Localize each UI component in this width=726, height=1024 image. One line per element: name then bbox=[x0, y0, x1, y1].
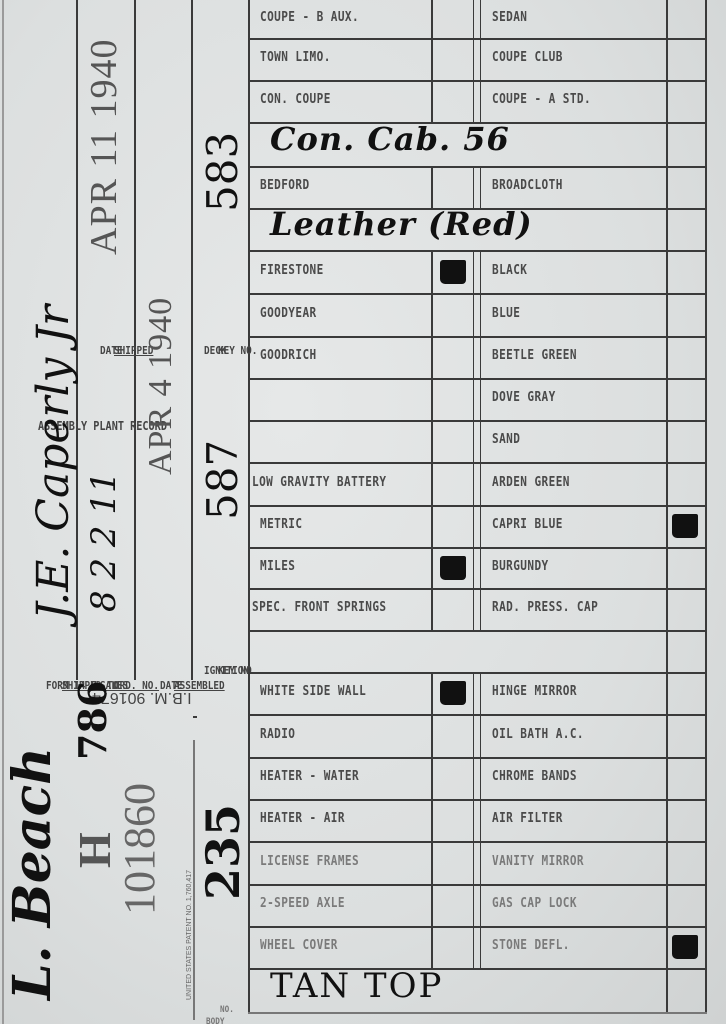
row-divider bbox=[248, 799, 707, 801]
right-option-checkbox[interactable] bbox=[668, 40, 704, 78]
option-label: OIL BATH A.C. bbox=[492, 727, 584, 742]
check-mark bbox=[672, 514, 698, 538]
ignition-key-label-2: KEY NO. bbox=[218, 665, 257, 677]
option-label: COUPE - A STD. bbox=[492, 92, 591, 107]
right-option-checkbox[interactable] bbox=[668, 295, 704, 334]
option-label: METRIC bbox=[260, 517, 302, 532]
row-divider bbox=[248, 926, 707, 928]
check-column-divider bbox=[473, 0, 474, 38]
right-option-checkbox[interactable] bbox=[668, 2, 704, 36]
option-label: DOVE GRAY bbox=[492, 390, 556, 405]
option-label: GAS CAP LOCK bbox=[492, 896, 577, 911]
option-label: HEATER - WATER bbox=[260, 769, 359, 784]
option-label: SAND bbox=[492, 432, 520, 447]
option-label: RADIO bbox=[260, 727, 295, 742]
row-divider bbox=[248, 293, 707, 295]
right-option-checkbox[interactable] bbox=[668, 549, 704, 586]
option-label: BEETLE GREEN bbox=[492, 348, 577, 363]
handwritten-entry: Con. Cab. 56 bbox=[270, 120, 510, 158]
option-label: BURGUNDY bbox=[492, 559, 549, 574]
deck-key-value: 583 bbox=[198, 132, 247, 212]
handwritten-entry: Leather (Red) bbox=[270, 205, 533, 243]
column-divider bbox=[134, 0, 136, 680]
right-option-checkbox[interactable] bbox=[668, 716, 704, 755]
option-label: WHEEL COVER bbox=[260, 938, 338, 953]
check-mark bbox=[672, 935, 698, 959]
check-column-divider bbox=[473, 884, 474, 926]
column-divider bbox=[480, 841, 481, 884]
right-option-checkbox[interactable] bbox=[668, 252, 704, 291]
option-label: STONE DEFL. bbox=[492, 938, 570, 953]
check-column-divider bbox=[473, 799, 474, 841]
check-mark bbox=[440, 260, 466, 284]
option-label: MILES bbox=[260, 559, 295, 574]
handwritten-entry: TAN TOP bbox=[270, 966, 443, 1006]
left-option-checkbox[interactable] bbox=[433, 759, 473, 797]
left-option-checkbox[interactable] bbox=[433, 801, 473, 839]
left-option-checkbox[interactable] bbox=[433, 380, 473, 418]
right-option-checkbox[interactable] bbox=[668, 801, 704, 839]
check-column-divider bbox=[473, 757, 474, 799]
check-column-divider bbox=[473, 420, 474, 462]
option-label: WHITE SIDE WALL bbox=[260, 684, 366, 699]
row-divider bbox=[248, 547, 707, 549]
left-option-checkbox[interactable] bbox=[433, 295, 473, 334]
column-divider bbox=[480, 588, 481, 630]
deck-key-label-2: KEY NO. bbox=[218, 345, 257, 357]
column-divider bbox=[480, 462, 481, 505]
row-divider bbox=[248, 630, 707, 632]
column-divider bbox=[480, 80, 481, 122]
serial-number: 101860 bbox=[114, 783, 165, 915]
left-option-checkbox[interactable] bbox=[433, 338, 473, 376]
check-column-divider bbox=[666, 0, 668, 1012]
check-mark bbox=[440, 556, 466, 580]
right-option-checkbox[interactable] bbox=[668, 590, 704, 628]
date-assembled-value: APR 4 1940 bbox=[142, 297, 180, 475]
row-divider bbox=[248, 884, 707, 886]
body-no-label-1: BODY bbox=[206, 1016, 224, 1024]
shipped-to-value: J.E. Caperly Jr bbox=[28, 305, 79, 620]
option-label: LOW GRAVITY BATTERY bbox=[252, 475, 386, 490]
option-label: BLUE bbox=[492, 306, 520, 321]
right-border-line bbox=[705, 0, 707, 1012]
option-label: HINGE MIRROR bbox=[492, 684, 577, 699]
check-column-divider bbox=[473, 336, 474, 378]
column-divider bbox=[480, 420, 481, 462]
option-label: GOODRICH bbox=[260, 348, 317, 363]
check-column-divider bbox=[473, 293, 474, 336]
option-label: CAPRI BLUE bbox=[492, 517, 563, 532]
sales-ord-no-value: 8 2 2 11 bbox=[84, 471, 124, 612]
left-option-checkbox[interactable] bbox=[433, 422, 473, 460]
option-label: TOWN LIMO. bbox=[260, 50, 331, 65]
right-option-checkbox[interactable] bbox=[668, 82, 704, 120]
option-label: COUPE - B AUX. bbox=[260, 10, 359, 25]
check-column-divider bbox=[473, 714, 474, 757]
option-label: FIRESTONE bbox=[260, 263, 324, 278]
option-label: COUPE CLUB bbox=[492, 50, 563, 65]
left-option-checkbox[interactable] bbox=[433, 82, 473, 120]
check-column-divider bbox=[473, 38, 474, 80]
option-label: SEDAN bbox=[492, 10, 527, 25]
body-no-value: 235 bbox=[196, 804, 250, 900]
column-divider bbox=[480, 38, 481, 80]
right-option-checkbox[interactable] bbox=[668, 886, 704, 924]
left-option-checkbox[interactable] bbox=[433, 507, 473, 545]
row-divider bbox=[248, 714, 707, 716]
option-label: BLACK bbox=[492, 263, 527, 278]
option-label: ARDEN GREEN bbox=[492, 475, 570, 490]
left-option-checkbox[interactable] bbox=[433, 886, 473, 924]
row-divider bbox=[248, 336, 707, 338]
column-divider bbox=[480, 757, 481, 799]
option-label: VANITY MIRROR bbox=[492, 854, 584, 869]
left-option-checkbox[interactable] bbox=[433, 168, 473, 206]
column-divider bbox=[193, 740, 195, 1020]
check-column-divider bbox=[473, 250, 474, 293]
left-option-checkbox[interactable] bbox=[433, 464, 473, 503]
option-label: BEDFORD bbox=[260, 178, 310, 193]
check-column-divider bbox=[473, 462, 474, 505]
check-column-divider bbox=[473, 588, 474, 630]
check-column-divider bbox=[473, 547, 474, 588]
check-mark bbox=[440, 681, 466, 705]
option-label: 2-SPEED AXLE bbox=[260, 896, 345, 911]
option-label: LICENSE FRAMES bbox=[260, 854, 359, 869]
option-label: CON. COUPE bbox=[260, 92, 331, 107]
row-divider bbox=[248, 38, 707, 40]
left-option-checkbox[interactable] bbox=[433, 2, 473, 36]
right-option-checkbox[interactable] bbox=[668, 843, 704, 882]
column-divider bbox=[191, 0, 193, 680]
assembly-plant-record-card: ASSEMBLY PLANT RECORD FORM 14 H SHIPPED … bbox=[0, 0, 726, 1024]
right-option-checkbox[interactable] bbox=[668, 674, 704, 712]
option-label: CHROME BANDS bbox=[492, 769, 577, 784]
column-divider bbox=[480, 336, 481, 378]
check-column-divider bbox=[473, 505, 474, 547]
column-divider bbox=[480, 672, 481, 714]
column-divider bbox=[480, 714, 481, 757]
check-column-divider bbox=[473, 80, 474, 122]
row-divider bbox=[248, 166, 707, 168]
left-option-checkbox[interactable] bbox=[433, 843, 473, 882]
row-divider bbox=[248, 420, 707, 422]
patent-text: UNITED STATES PATENT NO. 1,760,417 bbox=[186, 870, 193, 1000]
column-divider bbox=[480, 378, 481, 420]
check-column-divider bbox=[473, 166, 474, 208]
column-divider bbox=[480, 0, 481, 38]
row-divider bbox=[248, 757, 707, 759]
option-label: AIR FILTER bbox=[492, 811, 563, 826]
right-option-checkbox[interactable] bbox=[668, 464, 704, 503]
option-label: BROADCLOTH bbox=[492, 178, 563, 193]
ibm-underline bbox=[193, 716, 197, 718]
column-divider bbox=[480, 926, 481, 968]
row-divider bbox=[248, 672, 707, 674]
row-divider bbox=[248, 378, 707, 380]
left-option-checkbox[interactable] bbox=[433, 928, 473, 966]
left-option-checkbox[interactable] bbox=[433, 40, 473, 78]
dealer-number: 786 bbox=[70, 681, 115, 760]
right-option-checkbox[interactable] bbox=[668, 380, 704, 418]
left-option-checkbox[interactable] bbox=[433, 716, 473, 755]
right-option-checkbox[interactable] bbox=[668, 338, 704, 376]
ignition-key-value: 587 bbox=[198, 440, 247, 520]
left-option-checkbox[interactable] bbox=[433, 590, 473, 628]
column-divider bbox=[480, 250, 481, 293]
right-option-checkbox[interactable] bbox=[668, 422, 704, 460]
right-option-checkbox[interactable] bbox=[668, 759, 704, 797]
bottom-border-line bbox=[248, 1012, 707, 1014]
body-no-label-2: NO. bbox=[220, 1004, 234, 1016]
column-divider bbox=[480, 293, 481, 336]
check-column-divider bbox=[473, 672, 474, 714]
check-column-divider bbox=[473, 378, 474, 420]
column-divider bbox=[480, 547, 481, 588]
option-label: SPEC. FRONT SPRINGS bbox=[252, 600, 386, 615]
date-shipped-value: APR 11 1940 bbox=[82, 38, 126, 255]
check-column-divider bbox=[473, 841, 474, 884]
row-divider bbox=[248, 80, 707, 82]
row-divider bbox=[248, 841, 707, 843]
right-option-checkbox[interactable] bbox=[668, 168, 704, 206]
column-divider bbox=[480, 166, 481, 208]
row-divider bbox=[248, 588, 707, 590]
option-label: RAD. PRESS. CAP bbox=[492, 600, 598, 615]
option-label: GOODYEAR bbox=[260, 306, 317, 321]
dealer-name: L. Beach bbox=[2, 747, 63, 1000]
option-label: HEATER - AIR bbox=[260, 811, 345, 826]
row-divider bbox=[248, 505, 707, 507]
row-divider bbox=[248, 462, 707, 464]
column-divider bbox=[480, 799, 481, 841]
row-divider bbox=[248, 250, 707, 252]
column-divider bbox=[480, 505, 481, 547]
column-divider bbox=[480, 884, 481, 926]
check-column-divider bbox=[473, 926, 474, 968]
